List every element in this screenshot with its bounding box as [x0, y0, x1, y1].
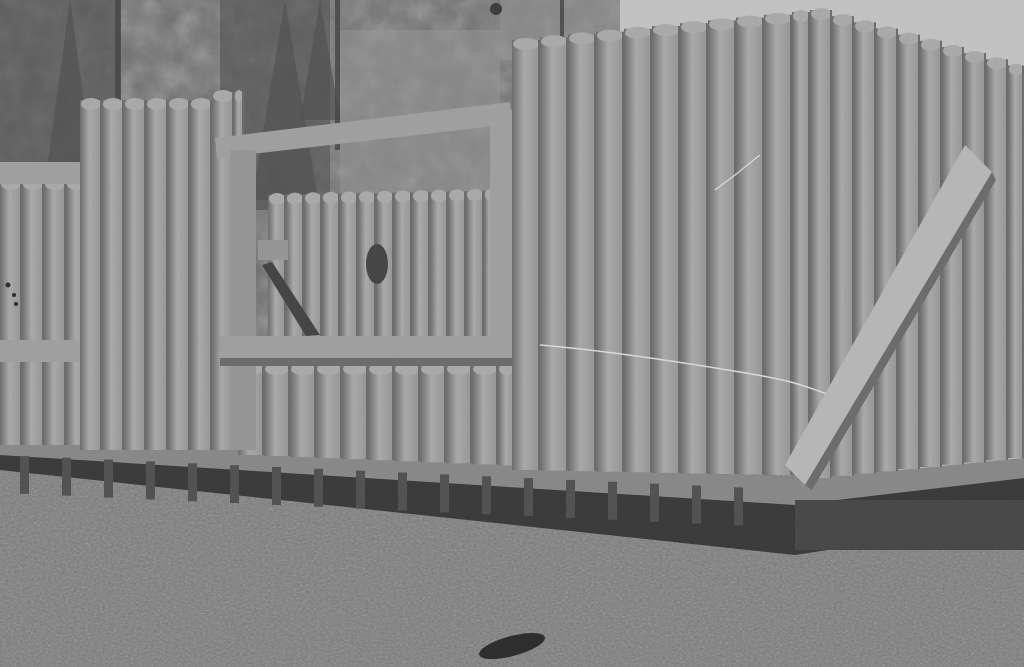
photo-scene	[0, 0, 1024, 667]
fence-photograph	[0, 0, 1024, 667]
film-grain	[0, 0, 1024, 667]
